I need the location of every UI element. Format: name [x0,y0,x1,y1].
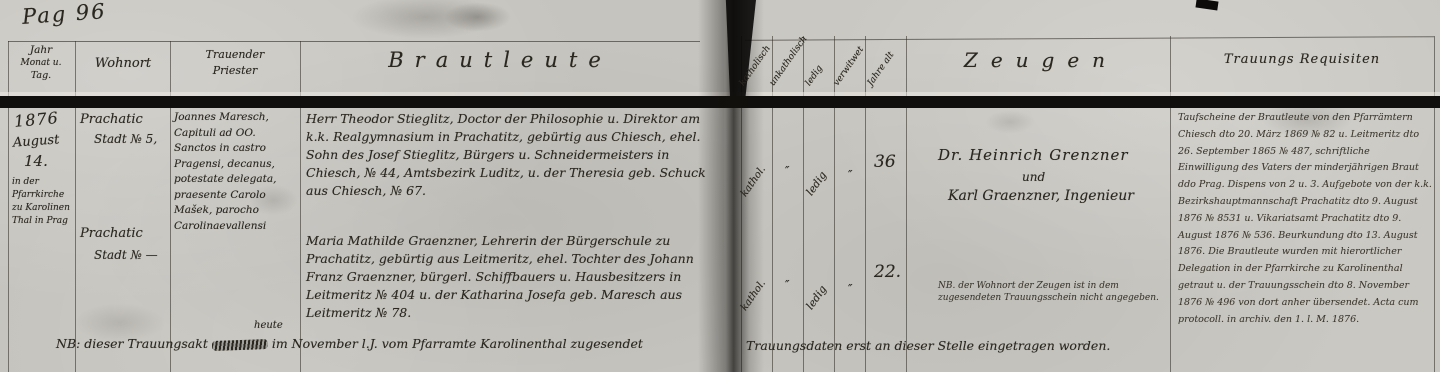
column-rule [865,36,866,372]
page-edge-rule [1434,36,1435,372]
bride-residence-line1: Prachatic [80,226,143,241]
bride-religion-noncath-ditto: ″ [785,278,789,292]
column-header-requisites: Trauungs Requisiten [1176,52,1428,67]
column-header-date-line3: Tag. [10,70,72,81]
groom-description: Herr Theodor Stieglitz, Doctor der Philo… [306,110,718,200]
register-scan: Pag 96 Jahr Monat u. Tag. Wohnort Trauen… [0,0,1440,372]
column-rule [300,41,301,372]
column-header-date-line2: Monat u. [10,58,72,68]
column-header-priest-line2: Priester [172,64,298,77]
column-rule [803,36,804,372]
header-top-rule-left [8,41,700,42]
marriage-requisites: Taufscheine der Brautleute von den Pfarr… [1178,110,1432,328]
column-header-priest-line1: Trauender [172,48,298,61]
groom-status-widowed-ditto: ″ [848,168,852,182]
bottom-note-left: NB: dieser Trauungsakt im November l.J. … [56,336,643,351]
bottom-note-left-part1: NB: dieser Trauungsakt [56,336,208,351]
column-rule [8,41,9,372]
bottom-note-right: Trauungsdaten erst an dieser Stelle eing… [746,338,1110,353]
record-day: 14. [24,152,48,170]
record-month: August [13,132,60,150]
column-rule [906,36,907,372]
column-rule [834,36,835,372]
witness-conjunction: und [1022,170,1045,184]
column-header-witnesses: Zeugen [916,48,1166,72]
column-rule [1170,36,1171,372]
groom-residence-line2: Stadt № 5, [94,132,157,146]
column-header-couple: Brautleute [300,48,700,72]
witness-name-1: Dr. Heinrich Grenzner [938,146,1129,164]
record-marriage-place: in der Pfarrkirche zu Karolinen Thal in … [12,176,70,228]
bottom-note-left-part2: im November l.J. vom Pfarramte Karolinen… [272,336,643,351]
groom-age: 36 [874,152,896,172]
column-rule [75,41,76,372]
witness-name-2: Karl Graenzner, Ingenieur [948,188,1134,204]
witness-note: NB. der Wohnort der Zeugen ist in dem zu… [938,280,1170,304]
column-header-date-line1: Jahr [10,44,72,56]
bride-description: Maria Mathilde Graenzner, Lehrerin der B… [306,232,718,322]
groom-residence-line1: Prachatic [80,112,143,127]
bride-status-widowed-ditto: ″ [848,282,852,296]
bride-age: 22. [874,262,901,282]
marrying-priest: Joannes Maresch, Capituli ad OO. Sanctos… [174,110,296,234]
bride-residence-line2: Stadt № — [94,248,158,262]
bottom-note-insert: heute [254,320,283,331]
record-year: 1876 [13,108,59,131]
column-rule [170,41,171,372]
ink-scribble [212,339,268,351]
groom-religion-noncath-ditto: ″ [785,164,789,178]
column-header-residence: Wohnort [78,56,168,71]
